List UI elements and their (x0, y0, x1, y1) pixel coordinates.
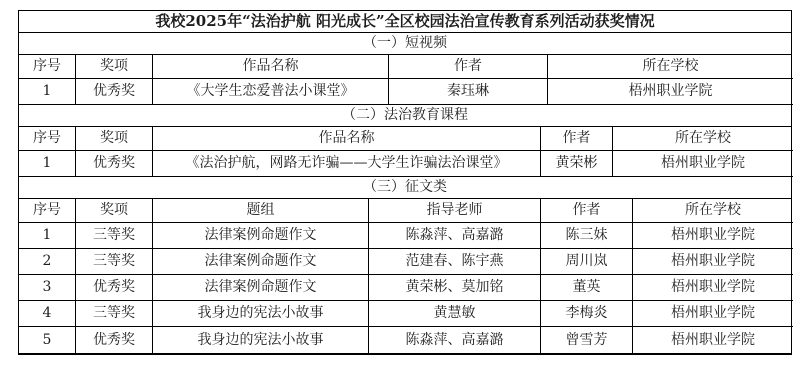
title-row: 我校2025年“法治护航 阳光成长”全区校园法治宣传教育系列活动获奖情况 (19, 11, 791, 33)
document-title: 我校2025年“法治护航 阳光成长”全区校园法治宣传教育系列活动获奖情况 (19, 11, 791, 33)
column-header: 作者 (541, 127, 613, 151)
column-header: 序号 (19, 55, 76, 79)
table-cell-school: 梧州职业学院 (548, 79, 793, 105)
column-header: 奖项 (76, 127, 153, 151)
table-cell-award: 三等奖 (76, 249, 153, 275)
section-2-label: （二）法治教育课程 (19, 105, 791, 127)
table-cell-work: 《大学生恋爱普法小课堂》 (153, 79, 389, 105)
section-1-label: （一）短视频 (19, 33, 791, 55)
table-cell-school: 梧州职业学院 (633, 249, 793, 275)
table-cell-teacher: 范建春、陈宇燕 (369, 249, 541, 275)
table-cell-school: 梧州职业学院 (613, 151, 793, 177)
table-row: 4 三等奖 我身边的宪法小故事 黄慧敏 李梅炎 梧州职业学院 (19, 301, 791, 327)
column-header: 作者 (541, 199, 633, 223)
column-header: 作品名称 (153, 55, 389, 79)
table-cell-topic: 法律案例命题作文 (153, 223, 369, 249)
table-cell-index: 1 (19, 223, 76, 249)
table-cell-teacher: 黄慧敏 (369, 301, 541, 327)
section-3-header-row: 序号 奖项 题组 指导老师 作者 所在学校 (19, 199, 791, 223)
document-page: 我校2025年“法治护航 阳光成长”全区校园法治宣传教育系列活动获奖情况 （一）… (0, 0, 796, 372)
table-cell-award: 三等奖 (76, 223, 153, 249)
table-cell-work: 《法治护航，网路无诈骗——大学生诈骗法治课堂》 (153, 151, 541, 177)
table-cell-index: 4 (19, 301, 76, 327)
table-row: 2 三等奖 法律案例命题作文 范建春、陈宇燕 周川岚 梧州职业学院 (19, 249, 791, 275)
column-header: 作品名称 (153, 127, 541, 151)
table-cell-teacher: 黄荣彬、莫加铭 (369, 275, 541, 301)
section-1-label-row: （一）短视频 (19, 33, 791, 55)
table-cell-school: 梧州职业学院 (633, 223, 793, 249)
table-cell-index: 1 (19, 151, 76, 177)
column-header: 奖项 (76, 55, 153, 79)
table-cell-author: 秦珏琳 (389, 79, 548, 105)
section-3-label: （三）征文类 (19, 177, 791, 199)
table-cell-award: 优秀奖 (76, 79, 153, 105)
column-header: 作者 (389, 55, 548, 79)
table-row: 5 优秀奖 我身边的宪法小故事 陈淼萍、高嘉潞 曾雪芳 梧州职业学院 (19, 327, 791, 353)
table-cell-author: 周川岚 (541, 249, 633, 275)
table-cell-teacher: 陈淼萍、高嘉潞 (369, 223, 541, 249)
table-cell-topic: 我身边的宪法小故事 (153, 327, 369, 353)
column-header: 序号 (19, 127, 76, 151)
table-cell-school: 梧州职业学院 (633, 301, 793, 327)
section-3-label-row: （三）征文类 (19, 177, 791, 199)
section-2-label-row: （二）法治教育课程 (19, 105, 791, 127)
table-cell-school: 梧州职业学院 (633, 275, 793, 301)
table-row: 1 优秀奖 《大学生恋爱普法小课堂》 秦珏琳 梧州职业学院 (19, 79, 791, 105)
table-row: 1 三等奖 法律案例命题作文 陈淼萍、高嘉潞 陈三妹 梧州职业学院 (19, 223, 791, 249)
column-header: 奖项 (76, 199, 153, 223)
table-cell-teacher: 陈淼萍、高嘉潞 (369, 327, 541, 353)
table-cell-index: 1 (19, 79, 76, 105)
table-cell-award: 优秀奖 (76, 151, 153, 177)
column-header: 序号 (19, 199, 76, 223)
table-cell-author: 董英 (541, 275, 633, 301)
section-2-header-row: 序号 奖项 作品名称 作者 所在学校 (19, 127, 791, 151)
table-cell-author: 李梅炎 (541, 301, 633, 327)
column-header: 指导老师 (369, 199, 541, 223)
table-cell-school: 梧州职业学院 (633, 327, 793, 353)
table-cell-author: 黄荣彬 (541, 151, 613, 177)
table-cell-index: 2 (19, 249, 76, 275)
table-cell-award: 优秀奖 (76, 275, 153, 301)
section-1-header-row: 序号 奖项 作品名称 作者 所在学校 (19, 55, 791, 79)
table-row: 1 优秀奖 《法治护航，网路无诈骗——大学生诈骗法治课堂》 黄荣彬 梧州职业学院 (19, 151, 791, 177)
table-cell-author: 陈三妹 (541, 223, 633, 249)
table-cell-award: 优秀奖 (76, 327, 153, 353)
table-cell-index: 3 (19, 275, 76, 301)
column-header: 所在学校 (613, 127, 793, 151)
table-cell-topic: 法律案例命题作文 (153, 249, 369, 275)
table-cell-award: 三等奖 (76, 301, 153, 327)
column-header: 题组 (153, 199, 369, 223)
table-cell-index: 5 (19, 327, 76, 353)
table-row: 3 优秀奖 法律案例命题作文 黄荣彬、莫加铭 董英 梧州职业学院 (19, 275, 791, 301)
column-header: 所在学校 (633, 199, 793, 223)
table-cell-topic: 法律案例命题作文 (153, 275, 369, 301)
table-cell-topic: 我身边的宪法小故事 (153, 301, 369, 327)
column-header: 所在学校 (548, 55, 793, 79)
award-table: 我校2025年“法治护航 阳光成长”全区校园法治宣传教育系列活动获奖情况 （一）… (18, 10, 792, 355)
table-cell-author: 曾雪芳 (541, 327, 633, 353)
